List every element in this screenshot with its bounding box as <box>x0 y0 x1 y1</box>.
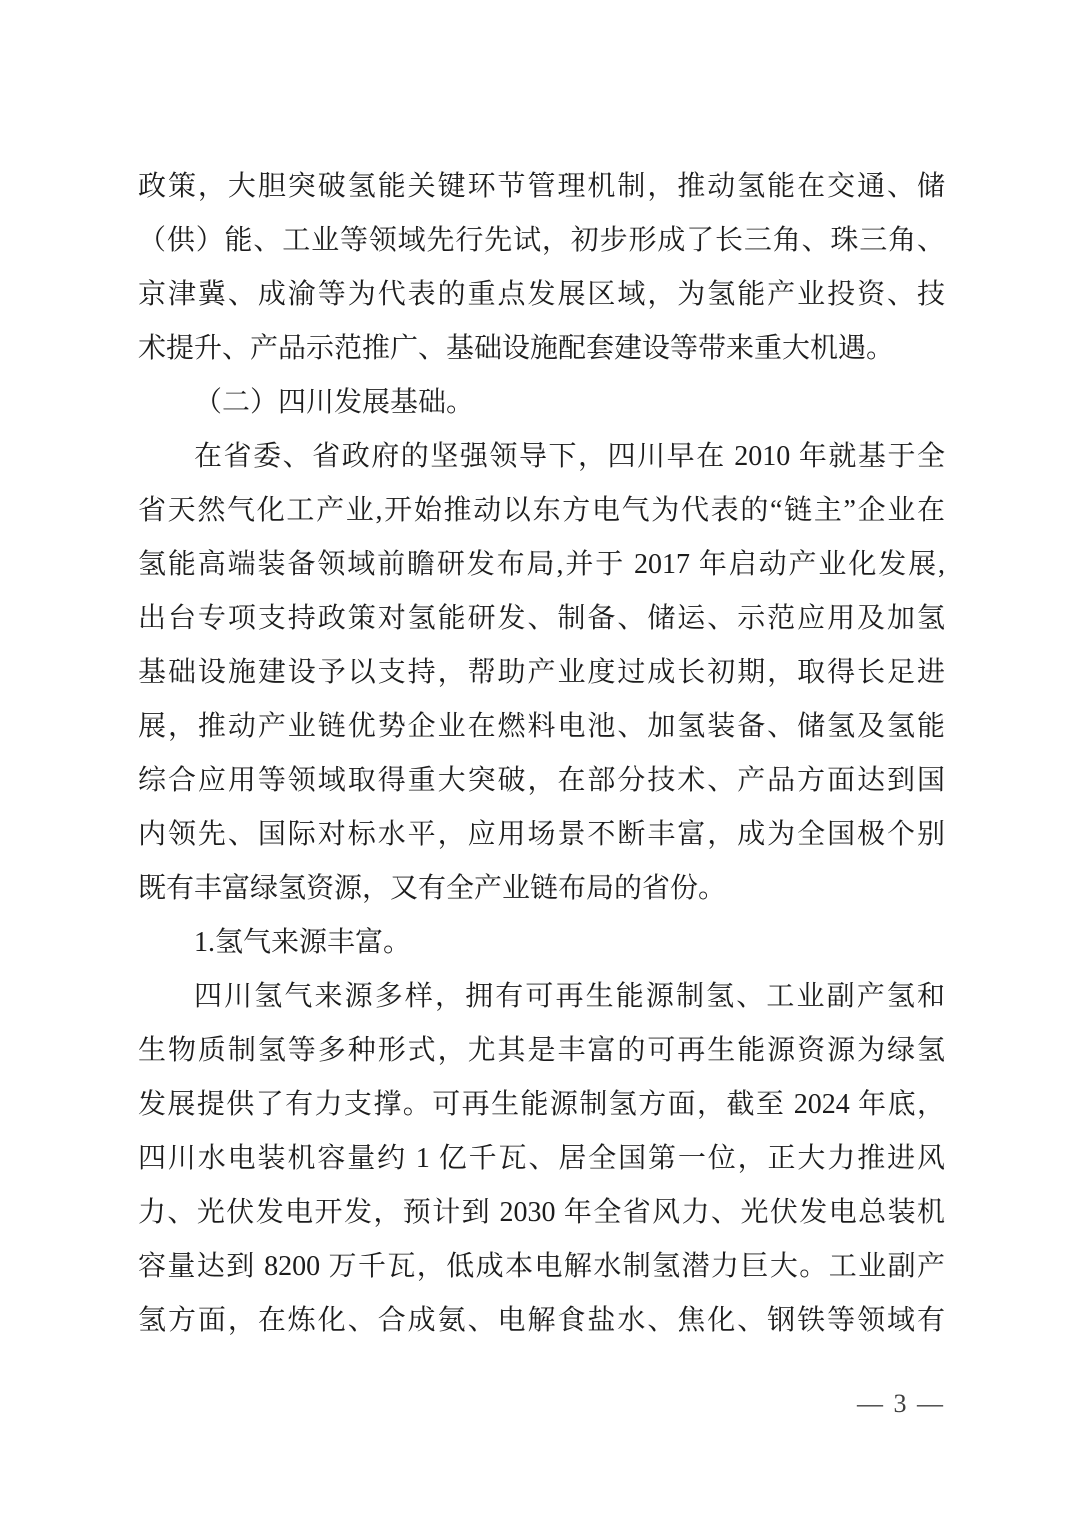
body-line: 京津冀、成渝等为代表的重点发展区域，为氢能产业投资、技 <box>138 268 945 322</box>
body-line: 氢方面，在炼化、合成氨、电解食盐水、焦化、钢铁等领域有 <box>138 1294 945 1348</box>
body-line: （供）能、工业等领域先行先试，初步形成了长三角、珠三角、 <box>138 214 945 268</box>
body-text: 政策，大胆突破氢能关键环节管理机制，推动氢能在交通、储 （供）能、工业等领域先行… <box>138 160 945 1348</box>
body-line: 政策，大胆突破氢能关键环节管理机制，推动氢能在交通、储 <box>138 160 945 214</box>
body-line: 综合应用等领域取得重大突破，在部分技术、产品方面达到国 <box>138 754 945 808</box>
body-line: 既有丰富绿氢资源，又有全产业链布局的省份。 <box>138 862 945 916</box>
body-line: 力、光伏发电开发，预计到 2030 年全省风力、光伏发电总装机 <box>138 1186 945 1240</box>
body-line: 发展提供了有力支撑。可再生能源制氢方面，截至 2024 年底， <box>138 1078 945 1132</box>
subsection-heading: 1.氢气来源丰富。 <box>138 916 945 970</box>
document-page: 政策，大胆突破氢能关键环节管理机制，推动氢能在交通、储 （供）能、工业等领域先行… <box>0 0 1080 1534</box>
section-heading: （二）四川发展基础。 <box>138 376 945 430</box>
body-line: 容量达到 8200 万千瓦，低成本电解水制氢潜力巨大。工业副产 <box>138 1240 945 1294</box>
body-line: 氢能高端装备领域前瞻研发布局,并于 2017 年启动产业化发展, <box>138 538 945 592</box>
body-line: 省天然气化工产业,开始推动以东方电气为代表的“链主”企业在 <box>138 484 945 538</box>
body-line: 生物质制氢等多种形式，尤其是丰富的可再生能源资源为绿氢 <box>138 1024 945 1078</box>
body-line: 基础设施建设予以支持，帮助产业度过成长初期，取得长足进 <box>138 646 945 700</box>
body-line: 四川氢气来源多样，拥有可再生能源制氢、工业副产氢和 <box>138 970 945 1024</box>
page-number: — 3 — <box>138 1388 945 1420</box>
body-line: 四川水电装机容量约 1 亿千瓦、居全国第一位，正大力推进风 <box>138 1132 945 1186</box>
body-line: 在省委、省政府的坚强领导下，四川早在 2010 年就基于全 <box>138 430 945 484</box>
body-line: 出台专项支持政策对氢能研发、制备、储运、示范应用及加氢 <box>138 592 945 646</box>
body-line: 术提升、产品示范推广、基础设施配套建设等带来重大机遇。 <box>138 322 945 376</box>
body-line: 展，推动产业链优势企业在燃料电池、加氢装备、储氢及氢能 <box>138 700 945 754</box>
body-line: 内领先、国际对标水平，应用场景不断丰富，成为全国极个别 <box>138 808 945 862</box>
